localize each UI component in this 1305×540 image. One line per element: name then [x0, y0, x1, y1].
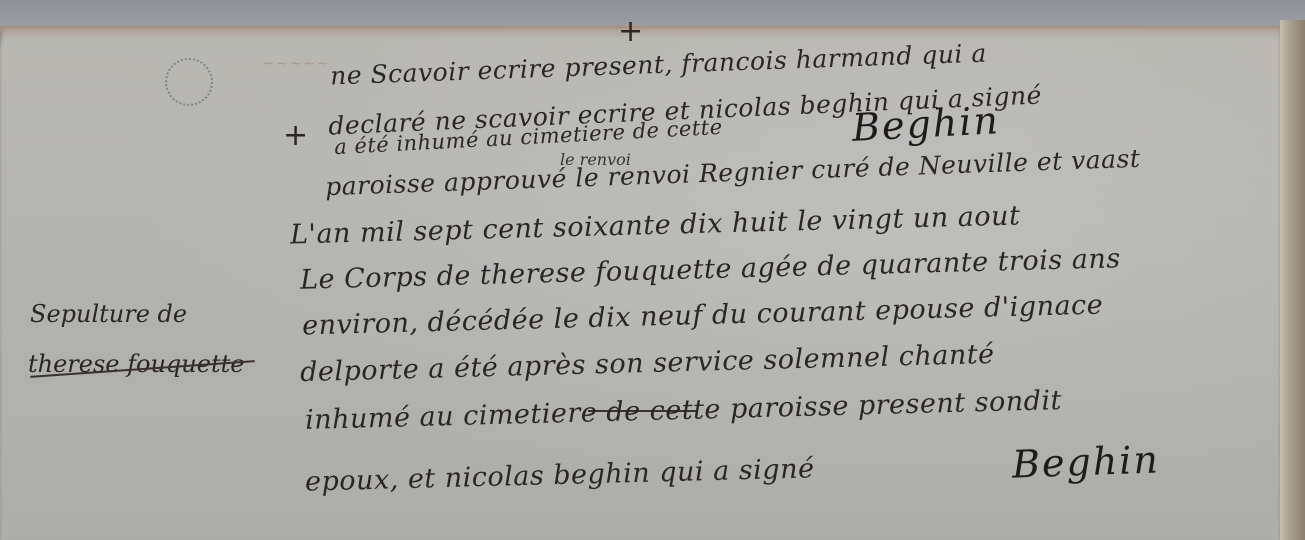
archive-stamp-icon	[165, 58, 213, 106]
page-binding-edge	[1280, 20, 1305, 540]
signature-upper: Beghin	[851, 98, 1001, 150]
cross-mark-upper: +	[618, 14, 643, 49]
signature-lower: Beghin	[1011, 437, 1160, 486]
margin-note-line-1: Sepulture de	[30, 300, 187, 328]
cross-mark-left: +	[283, 118, 308, 153]
faded-stamp-text: ~~~~~	[262, 56, 331, 72]
